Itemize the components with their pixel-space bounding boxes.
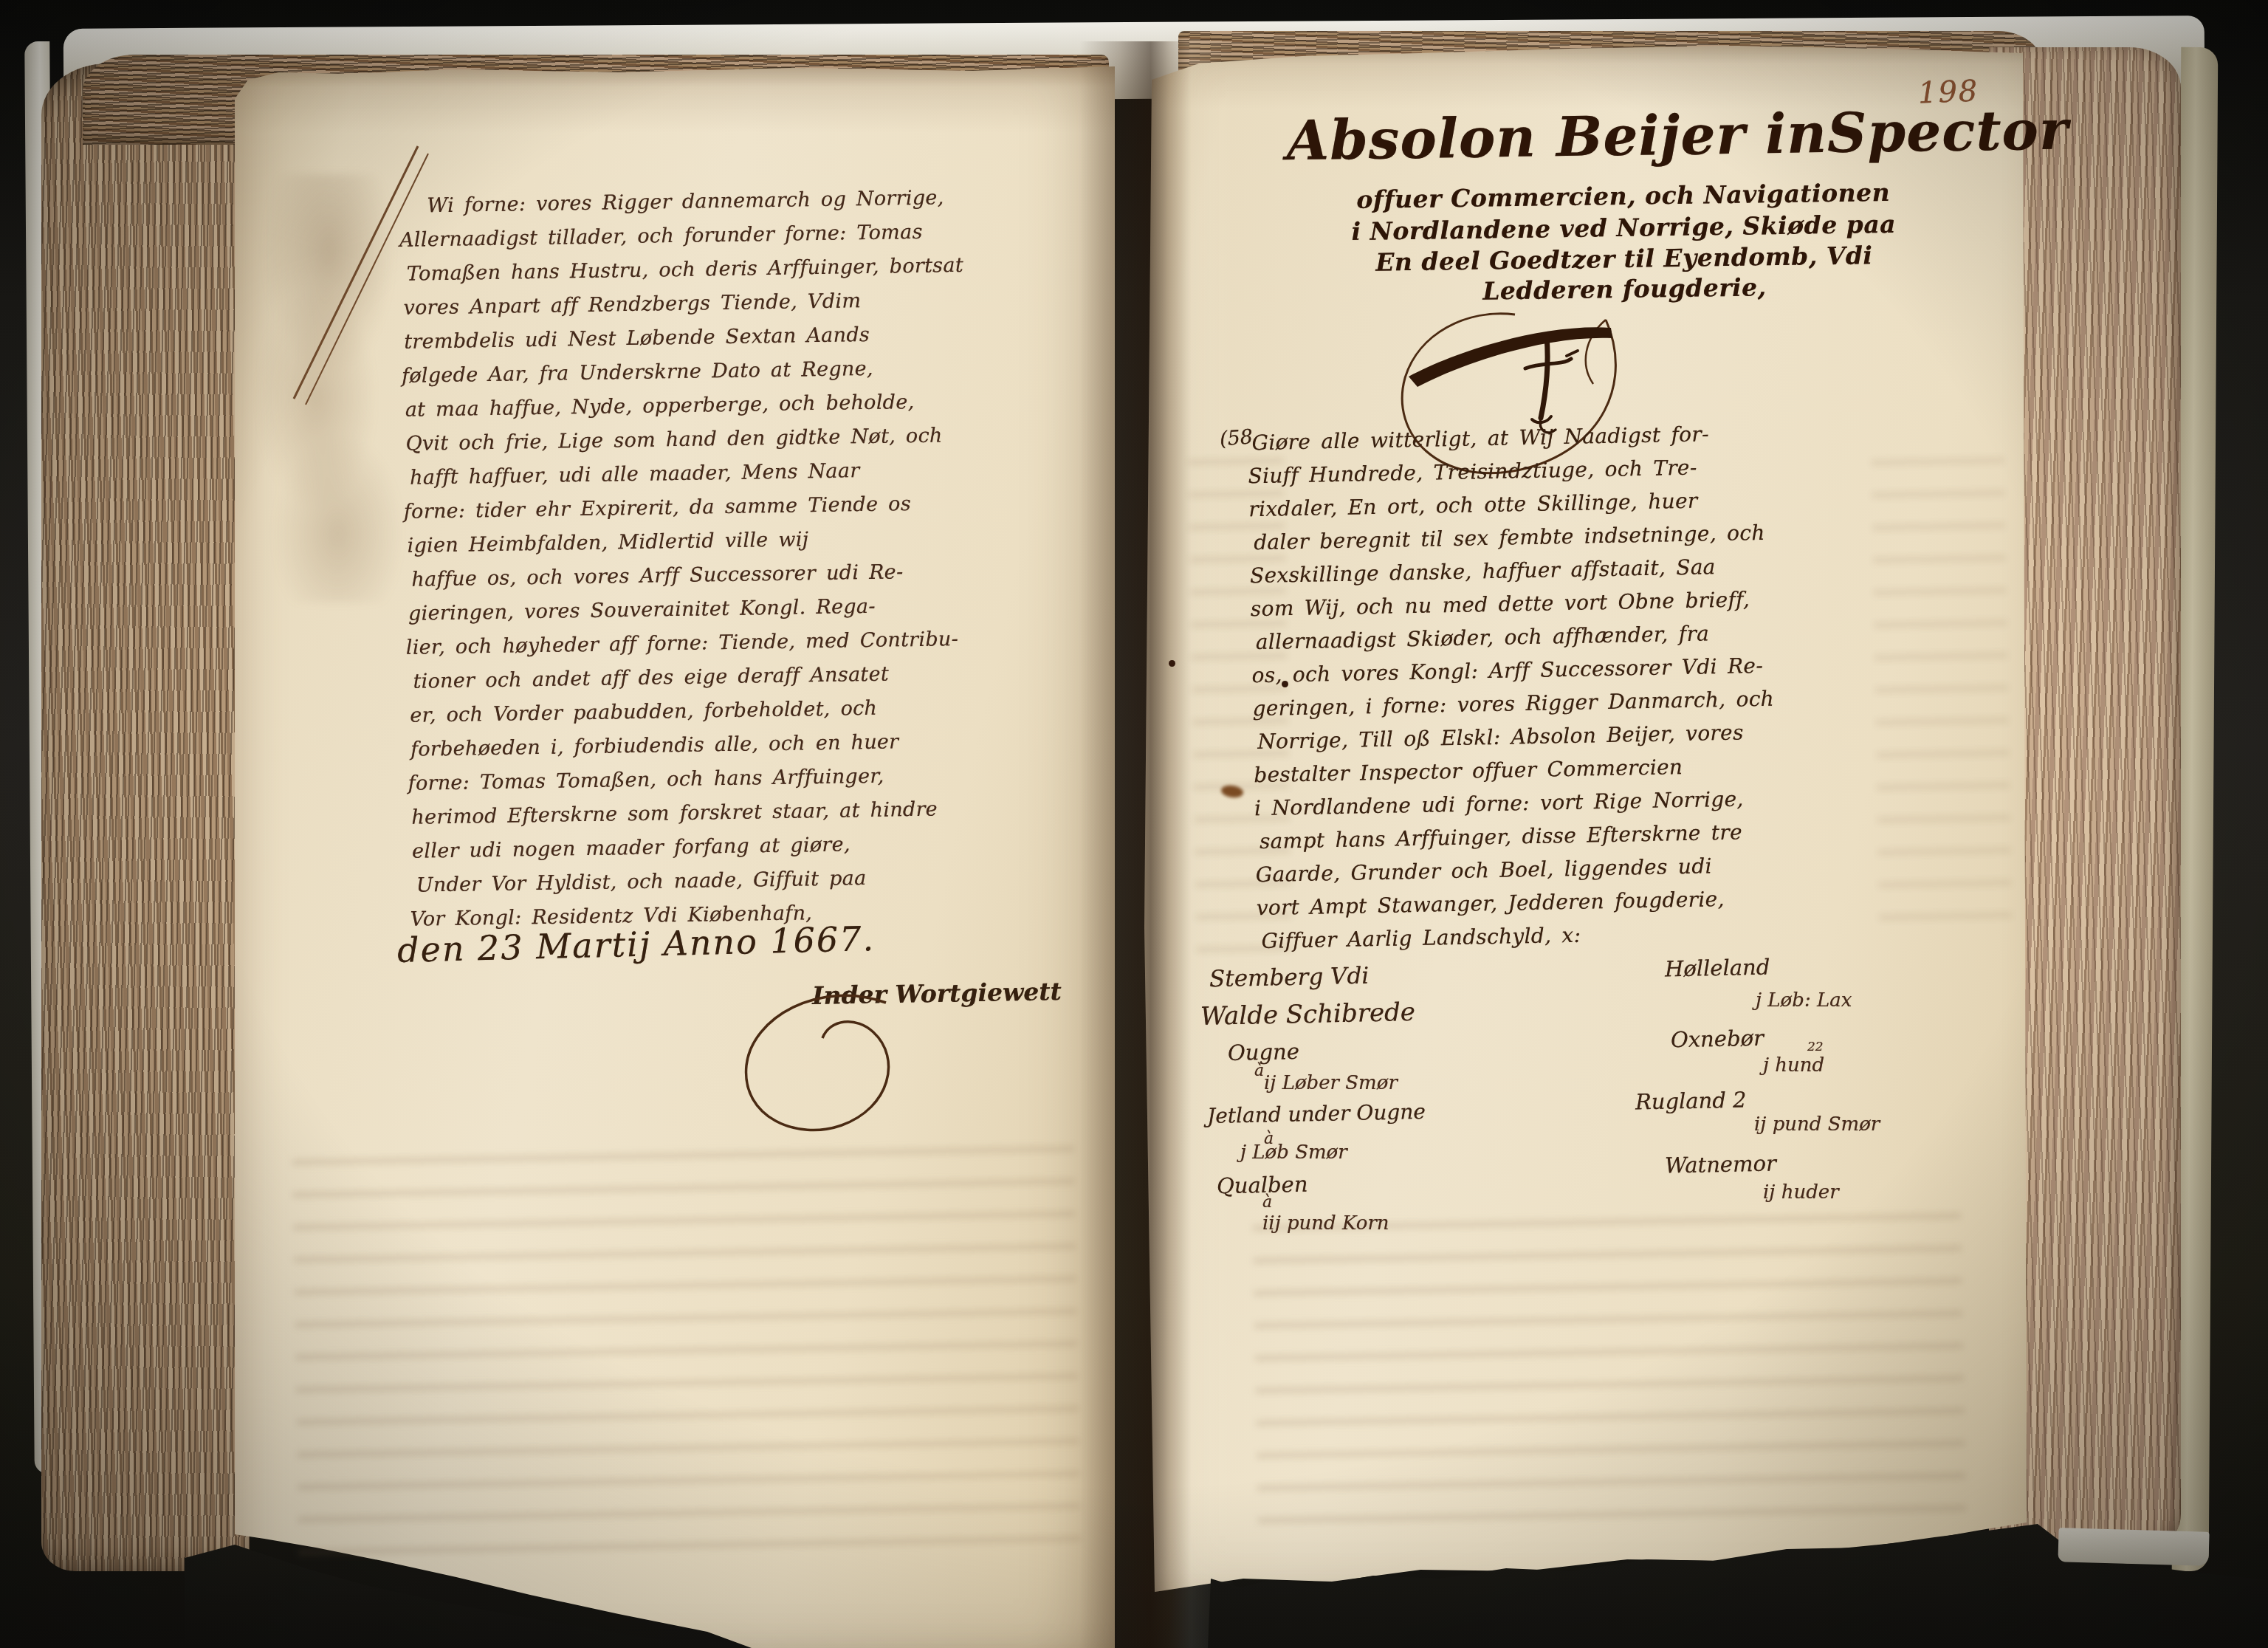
heading-line-1: Absolon Beijer inSpector [1286, 100, 1959, 174]
estate-name: Rugland 2 [1635, 1087, 1747, 1114]
estate-unit-mark: à [1254, 1062, 1264, 1080]
estate-name: Hølleland [1665, 955, 1770, 982]
estate-name: Jetland under Ougne [1207, 1099, 1426, 1128]
right-page-body-text: Giøre alle witterligt, at Wij Naadigst f… [1247, 413, 1966, 958]
chapter-heading: Absolon Beijer inSpector offuer Commerci… [1285, 0, 1956, 4]
estate-name: Oxnebør [1671, 1026, 1764, 1053]
estate-unit-mark: à [1262, 1193, 1272, 1212]
page-edge-stack-left [41, 63, 250, 1571]
manuscript-photo: 198 Absolon Beijer inSpector offuer Comm… [0, 0, 2268, 1648]
left-page-body-text: Wi forne: vores Rigger dannemarch og Nor… [402, 182, 864, 936]
estate-amount: ij huder [1763, 1181, 1839, 1204]
estate-amount: j Løb: Lax [1756, 989, 1852, 1012]
estate-header: Walde Schibrede [1200, 998, 1416, 1031]
estate-superscript: 22 [1807, 1040, 1824, 1054]
estate-amount: ij Løber Smør [1264, 1072, 1398, 1094]
bleedthrough-ghost [1252, 1212, 1966, 1535]
estate-amount: j Løb Smør [1240, 1141, 1347, 1164]
ink-dot [1282, 681, 1288, 687]
book-cover-edge-bottom-right [2058, 1528, 2209, 1566]
estate-amount: ij pund Smør [1754, 1113, 1880, 1136]
estate-amount: iij pund Korn [1262, 1212, 1389, 1235]
estate-amount: j hund [1763, 1054, 1824, 1077]
estate-header: Stemberg Vdi [1209, 963, 1370, 993]
estate-name: Watnemor [1665, 1150, 1777, 1178]
signature-flourish [731, 988, 923, 1143]
ink-dot [1169, 660, 1175, 667]
bleedthrough-ghost [292, 1145, 1082, 1572]
